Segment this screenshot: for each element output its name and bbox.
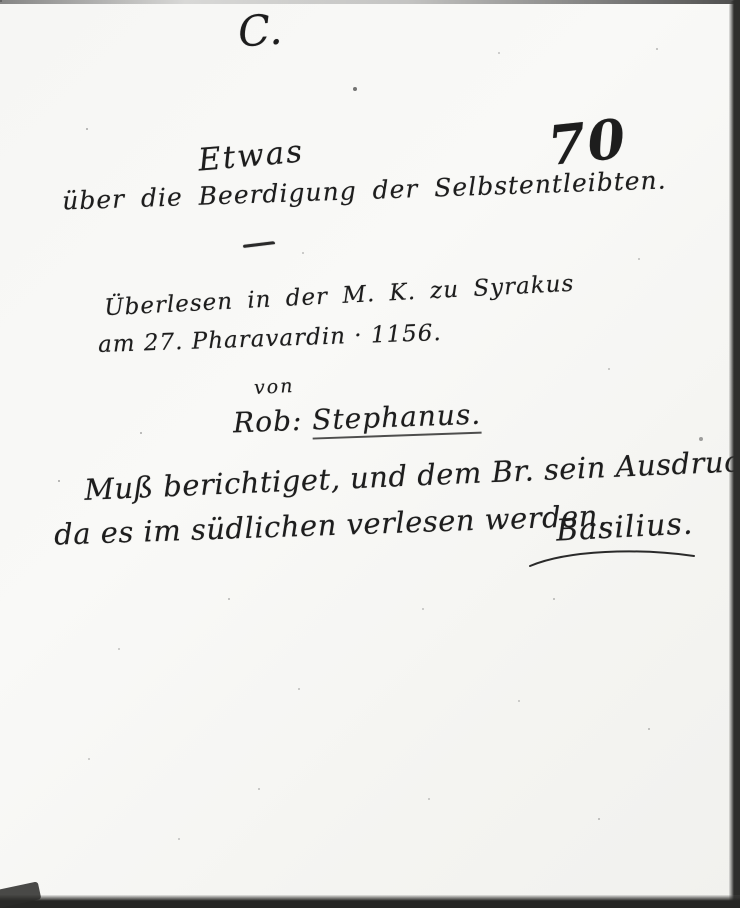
- annotation-line1: Muß berichtiget, und dem Br. sein Ausdru…: [84, 443, 740, 507]
- reading-note-line2: am 27. Pharavardin · 1156.: [98, 320, 443, 358]
- scan-edge-top: [0, 0, 740, 4]
- author-prefix: Rob:: [232, 404, 312, 440]
- byline-preposition: von: [253, 375, 295, 399]
- manuscript-scan: C. 70 Etwas über die Beerdigung der Selb…: [0, 0, 740, 908]
- scan-edge-right: [729, 0, 740, 908]
- reading-note-line1: Überlesen in der M. K. zu Syrakus: [104, 271, 575, 322]
- title-line1: Etwas: [197, 133, 306, 178]
- corner-letter: C.: [236, 5, 283, 57]
- annotation-signature: Basilius.: [555, 506, 694, 548]
- annotation-line2: da es im südlichen verlesen werden.: [54, 498, 609, 551]
- signature-flourish: [528, 546, 698, 570]
- title-line2: über die Beerdigung der Selbstentleibten…: [62, 165, 667, 215]
- author-surname-underlined: Stephanus.: [312, 398, 482, 440]
- separator-dash: [243, 241, 275, 248]
- author-name: Rob: Stephanus.: [232, 398, 481, 440]
- scan-edge-bottom: [0, 895, 740, 908]
